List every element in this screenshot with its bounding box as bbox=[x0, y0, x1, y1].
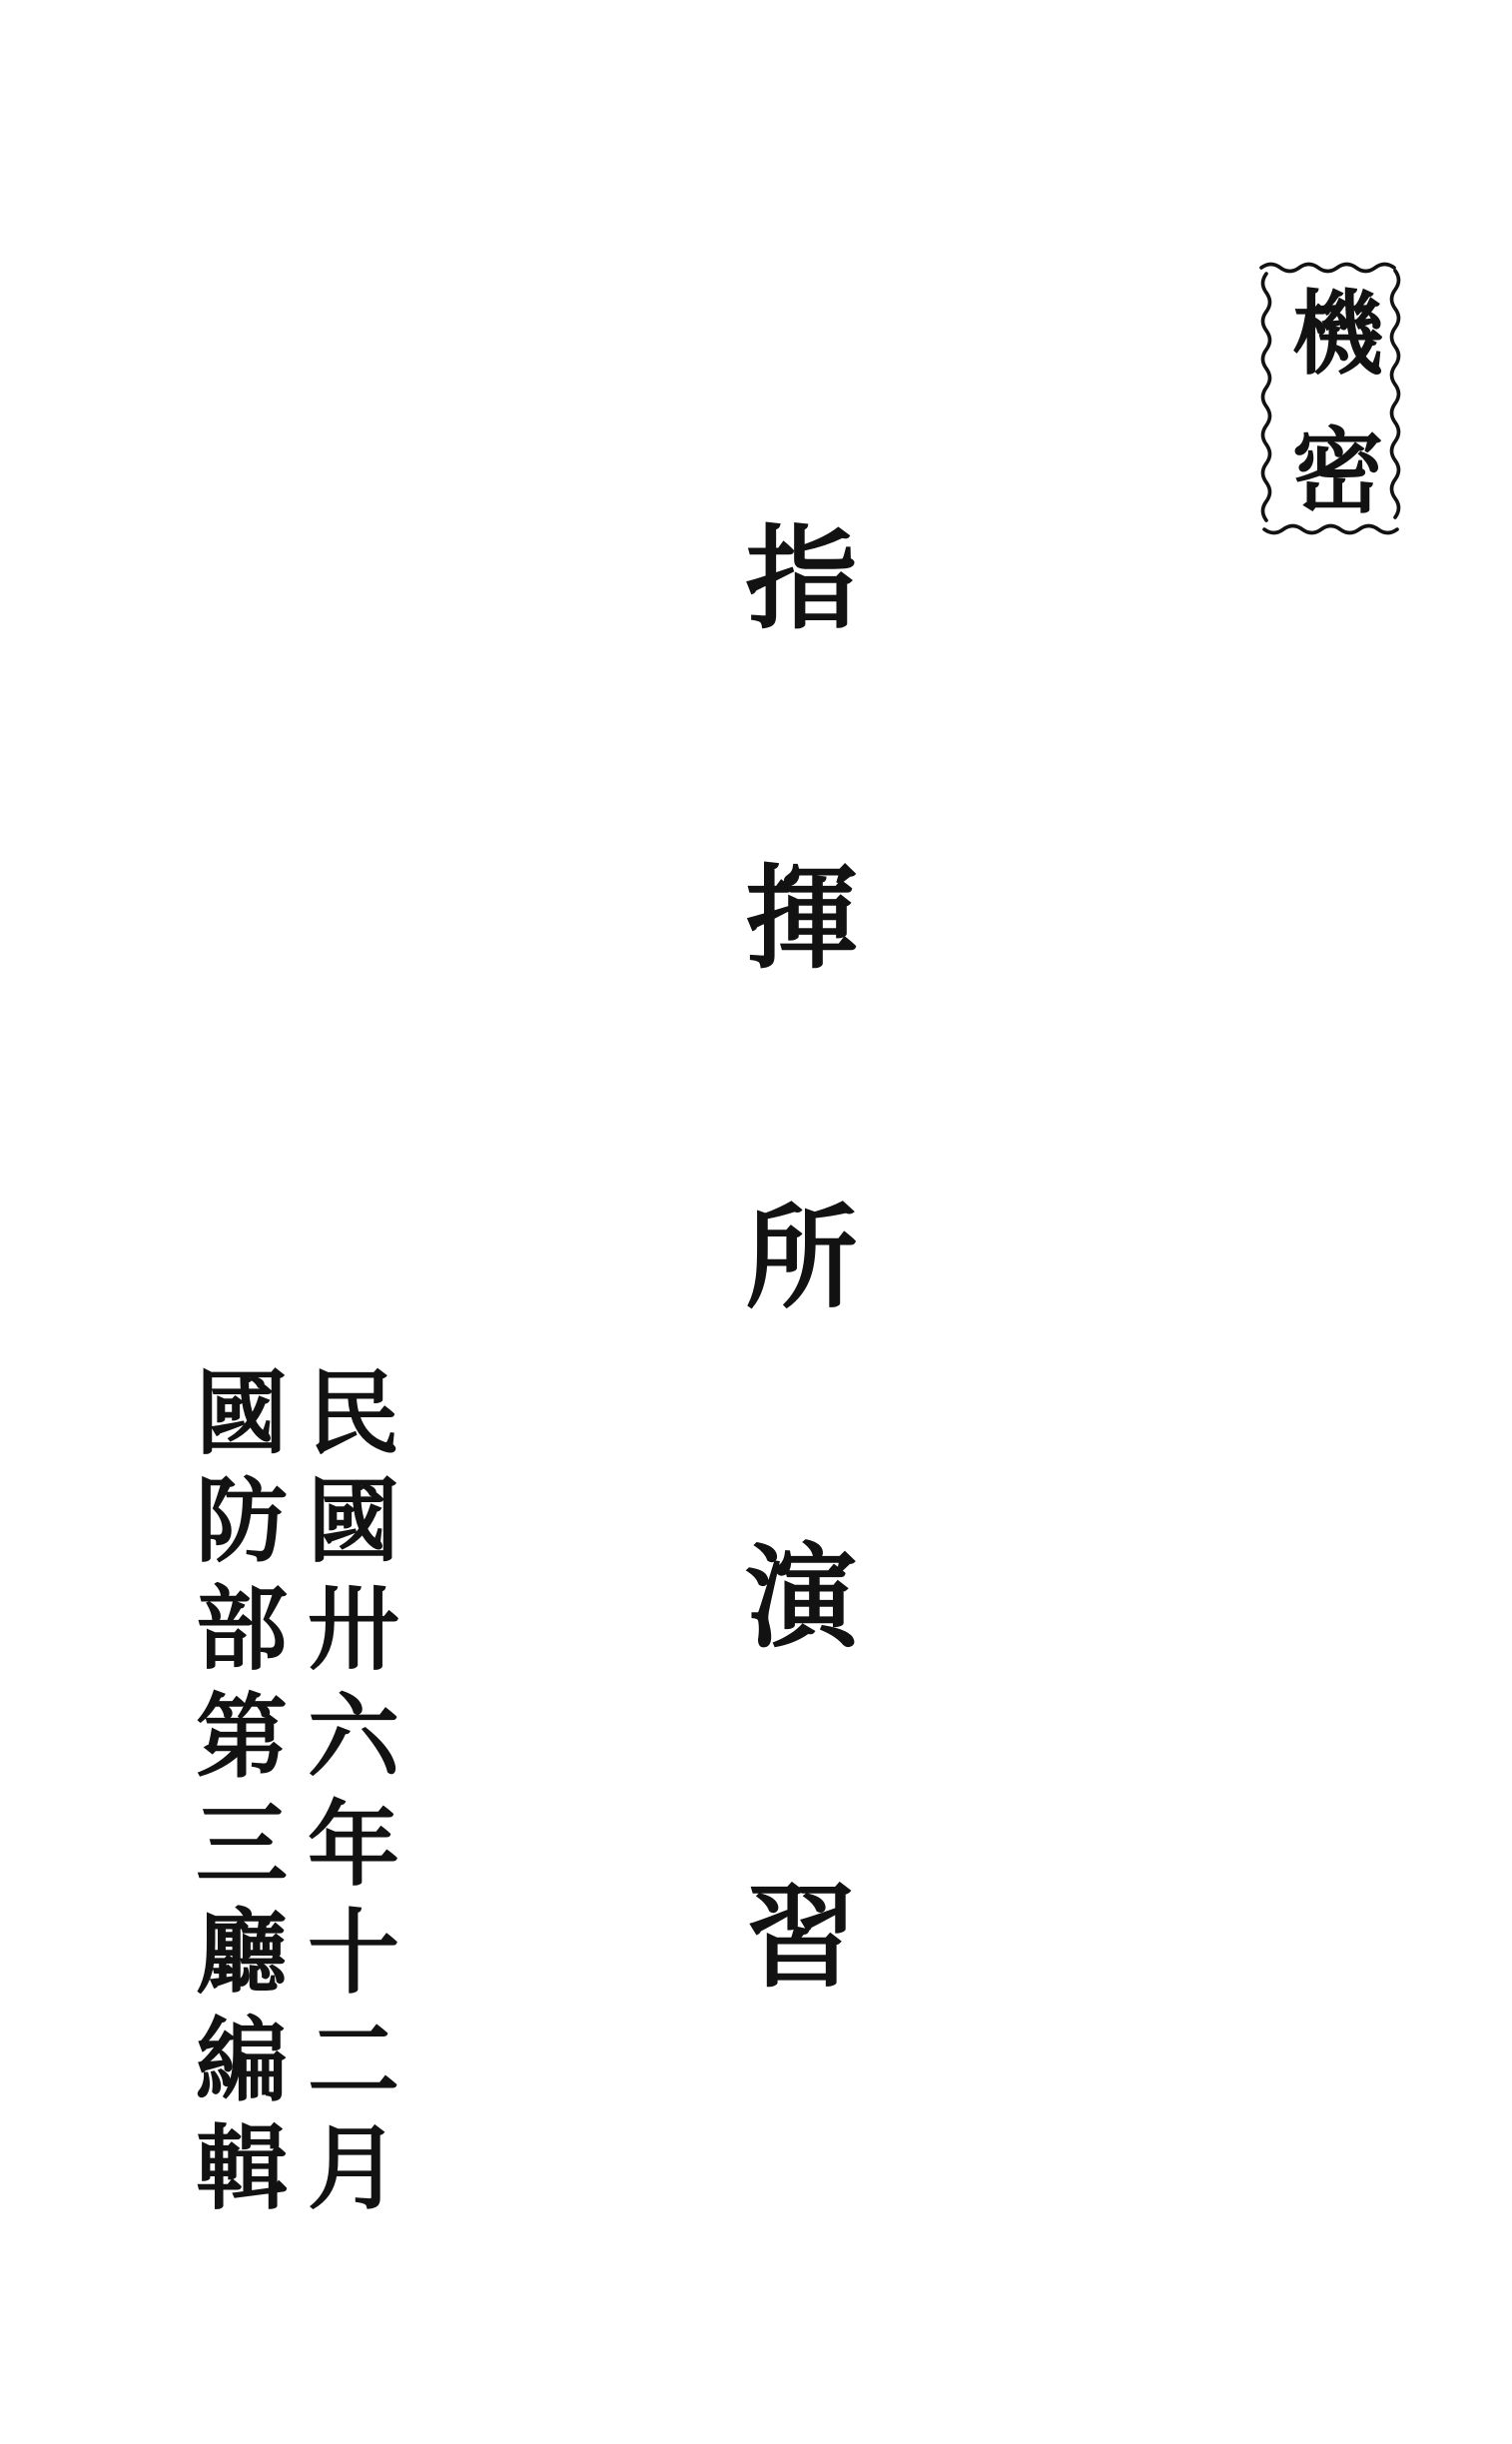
publication-date-line: 民國卅六年十二月 bbox=[301, 1364, 392, 2227]
stamp-label: 機密 bbox=[1283, 285, 1379, 560]
publisher-line: 國防部第三廳編輯 bbox=[189, 1364, 281, 2227]
scanned-page: 機密 指揮所演習 民國卅六年十二月 國防部第三廳編輯 bbox=[0, 0, 1512, 2444]
book-title: 指揮所演習 bbox=[735, 519, 849, 2217]
colophon: 民國卅六年十二月 國防部第三廳編輯 bbox=[189, 1364, 392, 2243]
confidential-stamp: 機密 bbox=[1257, 258, 1404, 539]
